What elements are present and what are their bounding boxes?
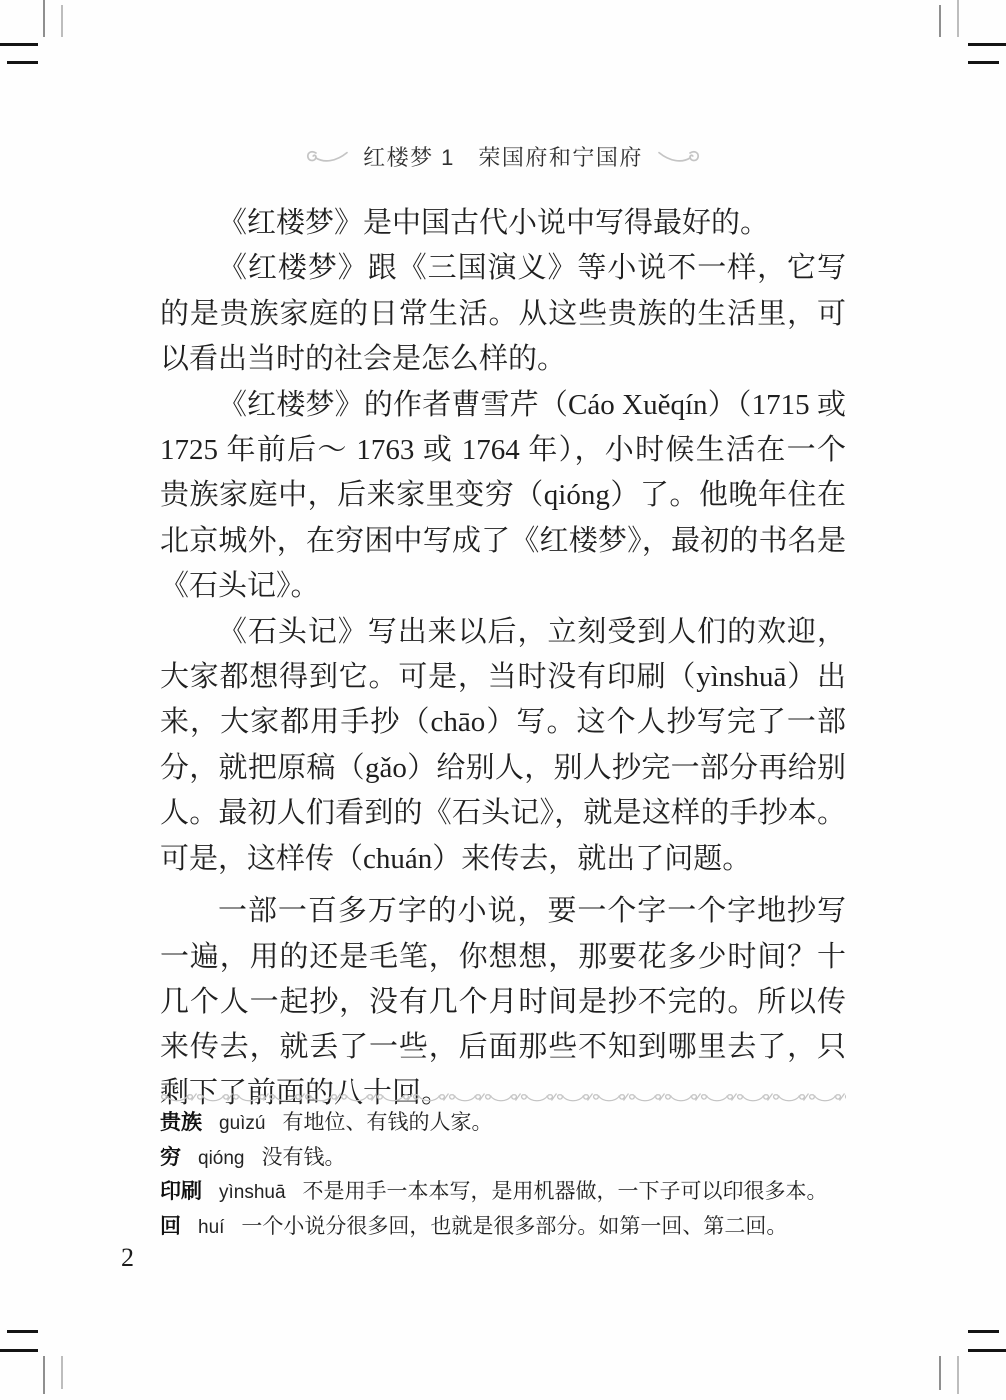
glossary-definition: 有地位、有钱的人家。 — [282, 1110, 492, 1134]
header-flourish-left-icon — [303, 147, 349, 167]
paragraph-2: 《红楼梦》跟《三国演义》等小说不一样，它写的是贵族家庭的日常生活。从这些贵族的生… — [160, 246, 846, 382]
crop-mark-bottom-right-horizontal-1 — [968, 1330, 999, 1333]
crop-mark-top-right-horizontal-2 — [968, 61, 999, 64]
glossary-pinyin: huí — [198, 1217, 224, 1238]
paragraph-4: 《石头记》写出来以后，立刻受到人们的欢迎，大家都想得到它。可是，当时没有印刷（y… — [160, 610, 846, 882]
running-head-title: 红楼梦 1 荣国府和宁国府 — [363, 141, 643, 172]
paragraph-3: 《红楼梦》的作者曹雪芹（Cáo Xuěqín）（1715 或 1725 年前后～… — [160, 383, 846, 610]
glossary-entry: 穷qióng没有钱。 — [160, 1141, 860, 1176]
page-number: 2 — [121, 1243, 134, 1273]
crop-mark-top-left-vertical-1 — [43, 0, 45, 37]
crop-mark-bottom-right-vertical-2 — [957, 1356, 959, 1394]
crop-mark-bottom-left-horizontal-2 — [0, 1349, 38, 1352]
glossary-divider-ornament — [160, 1090, 846, 1106]
glossary-word: 穷 — [160, 1146, 181, 1169]
paragraph-5: 一部一百多万字的小说，要一个字一个字地抄写一遍，用的还是毛笔，你想想，那要花多少… — [160, 889, 846, 1116]
glossary: 贵族guìzú有地位、有钱的人家。 穷qióng没有钱。 印刷yìnshuā不是… — [160, 1106, 860, 1244]
crop-mark-top-left-horizontal-2 — [7, 61, 38, 64]
body-text: 《红楼梦》是中国古代小说中写得最好的。 《红楼梦》跟《三国演义》等小说不一样，它… — [160, 201, 846, 1116]
paragraph-1: 《红楼梦》是中国古代小说中写得最好的。 — [160, 201, 846, 246]
header-flourish-right-icon — [657, 147, 703, 167]
glossary-word: 贵族 — [160, 1111, 202, 1134]
crop-mark-bottom-left-vertical-2 — [61, 1356, 63, 1389]
crop-mark-top-left-horizontal-1 — [0, 43, 38, 46]
glossary-word: 印刷 — [160, 1180, 202, 1203]
crop-mark-top-left-vertical-2 — [61, 5, 63, 37]
book-page: 红楼梦 1 荣国府和宁国府 《红楼梦》是中国古代小说中写得最好的。 《红楼梦》跟… — [0, 0, 1006, 1400]
glossary-definition: 没有钱。 — [262, 1145, 346, 1169]
glossary-entry: 回huí一个小说分很多回，也就是很多部分。如第一回、第二回。 — [160, 1210, 860, 1245]
crop-mark-bottom-left-horizontal-1 — [7, 1330, 38, 1333]
crop-mark-bottom-right-horizontal-2 — [968, 1349, 1006, 1352]
glossary-entry: 印刷yìnshuā不是用手一本本写，是用机器做，一下子可以印很多本。 — [160, 1175, 860, 1210]
glossary-definition: 不是用手一本本写，是用机器做，一下子可以印很多本。 — [303, 1179, 828, 1203]
crop-mark-top-right-horizontal-1 — [968, 43, 1006, 46]
crop-mark-bottom-left-vertical-1 — [43, 1356, 45, 1394]
crop-mark-top-right-vertical-1 — [939, 5, 941, 37]
glossary-definition: 一个小说分很多回，也就是很多部分。如第一回、第二回。 — [241, 1214, 787, 1238]
crop-mark-top-right-vertical-2 — [957, 0, 959, 37]
page-header: 红楼梦 1 荣国府和宁国府 — [0, 141, 1006, 172]
glossary-entry: 贵族guìzú有地位、有钱的人家。 — [160, 1106, 860, 1141]
glossary-word: 回 — [160, 1215, 181, 1238]
glossary-pinyin: guìzú — [219, 1113, 265, 1134]
crop-mark-bottom-right-vertical-1 — [939, 1356, 941, 1390]
glossary-pinyin: qióng — [198, 1148, 245, 1169]
glossary-pinyin: yìnshuā — [219, 1182, 286, 1203]
